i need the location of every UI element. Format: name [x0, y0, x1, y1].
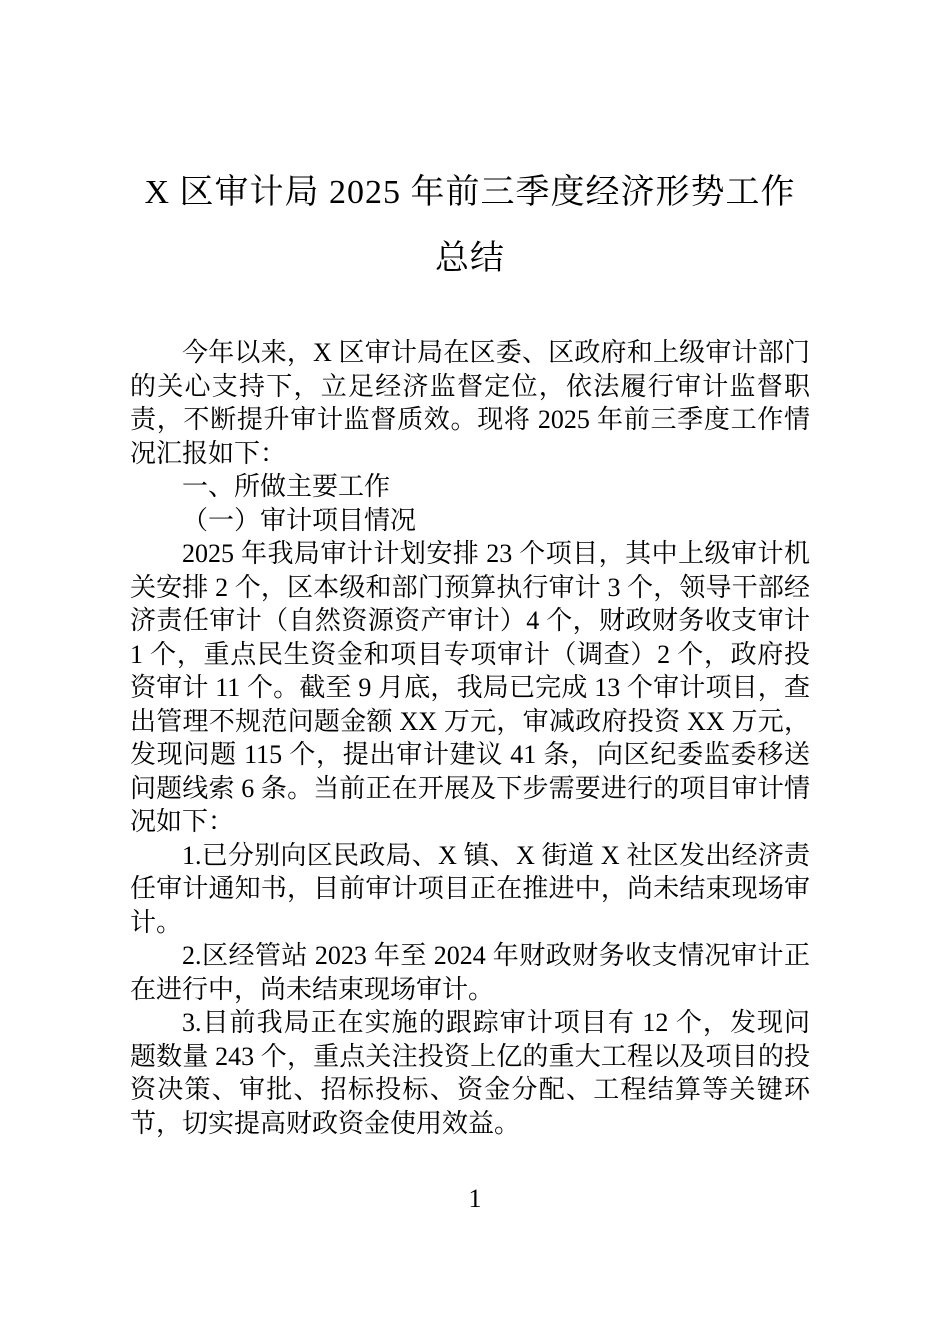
- document-title-line-2: 总结: [130, 226, 810, 292]
- paragraph: 2.区经管站 2023 年至 2024 年财政财务收支情况审计正在进行中，尚未结…: [130, 939, 810, 1006]
- paragraph: 3.目前我局正在实施的跟踪审计项目有 12 个，发现问题数量 243 个，重点关…: [130, 1006, 810, 1140]
- paragraph: 今年以来，X 区审计局在区委、区政府和上级审计部门的关心支持下，立足经济监督定位…: [130, 336, 810, 470]
- page-number: 1: [0, 1182, 950, 1215]
- document-page: X 区审计局 2025 年前三季度经济形势工作 总结 今年以来，X 区审计局在区…: [0, 0, 950, 1344]
- paragraph: 1.已分别向区民政局、X 镇、X 街道 X 社区发出经济责任审计通知书，目前审计…: [130, 839, 810, 940]
- section-heading: 一、所做主要工作: [130, 470, 810, 504]
- document-title: X 区审计局 2025 年前三季度经济形势工作 总结: [130, 160, 810, 292]
- section-heading: （一）审计项目情况: [130, 504, 810, 538]
- document-content: X 区审计局 2025 年前三季度经济形势工作 总结 今年以来，X 区审计局在区…: [130, 160, 810, 1140]
- document-body: 今年以来，X 区审计局在区委、区政府和上级审计部门的关心支持下，立足经济监督定位…: [130, 336, 810, 1140]
- paragraph: 2025 年我局审计计划安排 23 个项目，其中上级审计机关安排 2 个，区本级…: [130, 537, 810, 839]
- document-title-line-1: X 区审计局 2025 年前三季度经济形势工作: [130, 160, 810, 226]
